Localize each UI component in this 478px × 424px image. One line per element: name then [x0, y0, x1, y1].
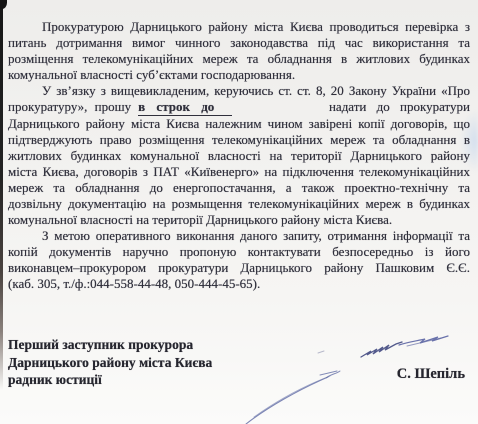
signatory-name: С. Шепіль [397, 366, 465, 383]
scan-edge-artifact [0, 0, 3, 390]
body-line: міста Києва, договорів з ПАТ «Київенерго… [8, 164, 470, 180]
deadline-pre-text: прокуратуру», прошу [8, 99, 131, 115]
body-line: питань дотримання вимог чинного законода… [8, 35, 470, 51]
body-line: підтверджують право розміщення телекомун… [8, 132, 470, 148]
signature-title-block: Перший заступник прокурора Дарницького р… [8, 336, 212, 389]
signatory-title-line: радник юстиції [8, 371, 212, 389]
body-line: комунальної власності на території Дарни… [8, 212, 470, 228]
signatory-title-line: Перший заступник прокурора [8, 336, 212, 354]
body-line: У зв’язку з вищевикладеним, керуючись ст… [8, 83, 470, 99]
body-line: (каб. 305, т./ф.:044-558-44-48, 050-444-… [8, 276, 470, 292]
body-line: З метою оперативного виконання даного за… [8, 228, 470, 244]
body-line: копій документів наручно пропоную контак… [8, 244, 470, 260]
body-line: Дарницького району міста Києва належним … [8, 116, 470, 132]
body-line: мереж та обладнання до енергопостачання,… [8, 180, 470, 196]
body-line: дозвільну документацію на розмыщення тел… [8, 196, 470, 212]
signatory-title-line: Дарницького району міста Києва [8, 354, 212, 372]
body-line: комунальної власності суб’єктами господа… [8, 67, 470, 83]
body-line: розміщення телекомунікаційних мереж та о… [8, 51, 470, 67]
deadline-post-text: надати до прокуратури [329, 99, 470, 115]
body-line: Прокуратурою Дарницького району міста Ки… [8, 19, 470, 35]
scanned-letter-page: { "colors": { "ink": "#30303c", "pen_blu… [0, 0, 478, 424]
body-line-deadline: прокуратуру», прошу в строк до надати до… [8, 99, 470, 116]
deadline-blank-field: в строк до [138, 99, 232, 116]
body-line: виконавцем–прокурором прокуратури Дарниц… [8, 260, 470, 276]
scan-corner-artifact [0, 0, 7, 9]
body-line: житлових будинках комунальної власності … [8, 148, 470, 164]
letter-body: Прокуратурою Дарницького району міста Ки… [8, 19, 470, 292]
